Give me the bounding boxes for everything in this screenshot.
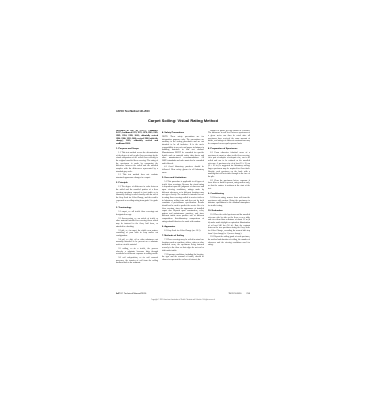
paragraph: 7.1 Floor coverings may be soiled in act… xyxy=(162,239,204,252)
footer-page-number: 214 xyxy=(246,293,250,296)
safety-note: NOTE: These safety precautions are for i… xyxy=(162,136,204,165)
footer-manual-label: AATCC Technical Manual/2010 xyxy=(116,293,146,296)
paragraph: 1.1 This test method covers the determin… xyxy=(116,152,158,173)
paragraph: 5.1 This procedure is applicable to all … xyxy=(162,181,204,224)
section-heading: 4. Safety Precautions xyxy=(162,132,204,135)
document-page: AATCC Test Method 121-2010 Carpet Soilin… xyxy=(116,110,250,308)
footer-method-label: TM 121-2010 xyxy=(228,293,241,296)
definition-item: 3.6 soil redeposition, n.—in soil remova… xyxy=(116,257,158,265)
definition-item: 3.4 soil, n.—dirt, oil or other substanc… xyxy=(116,239,158,247)
section-heading: 6. Apparatus xyxy=(162,226,204,229)
section-heading: 5. Uses and Limitations xyxy=(162,177,204,180)
paragraph: 1.2 This test method does not evaluate s… xyxy=(116,174,158,179)
section-heading: 2. Principle xyxy=(116,182,158,185)
paragraph: 10.1 Place the soiled specimen and the u… xyxy=(208,214,250,235)
copyright-line: Copyright © 2010 American Association of… xyxy=(116,299,250,301)
text-column-1: Developed in 1967 by AATCC Committee RA5… xyxy=(116,130,158,282)
section-heading: 9. Conditioning xyxy=(208,193,250,196)
section-heading: 1. Purpose and Scope xyxy=(116,148,158,151)
paragraph: 7.2 Exposure conditions, including the l… xyxy=(162,254,204,262)
definition-item: 3.3 pile, n.—in carpet, the visible wear… xyxy=(116,230,158,238)
section-heading: 7. Methods of Soiling xyxy=(162,235,204,238)
section-heading: 8. Preparation of Specimens xyxy=(208,148,250,151)
paragraph: 8.1 From otherwise identical areas of a … xyxy=(208,152,250,179)
section-heading: 10. Evaluation xyxy=(208,210,250,213)
paragraph: number of passes per day should be recor… xyxy=(208,130,250,146)
definition-item: 6.1 Gray Scale for Color Change (see 10.… xyxy=(162,230,204,233)
text-column-2: 4. Safety PrecautionsNOTE: These safety … xyxy=(162,130,204,282)
paragraph: 10.2 Report the soiling grade of each sp… xyxy=(208,236,250,247)
page-footer: AATCC Technical Manual/2010 TM 121-2010 … xyxy=(116,293,250,296)
definition-item: 3.2 floorcovering, n.—an article of text… xyxy=(116,218,158,229)
definition-item: 3.1 carpet, n.—all textile floor coverin… xyxy=(116,211,158,216)
foreword-note: Developed in 1967 by AATCC Committee RA5… xyxy=(116,130,158,146)
running-header: AATCC Test Method 121-2010 xyxy=(116,110,250,113)
paragraph: 9.1 Prior to rating, remove loose soil f… xyxy=(208,197,250,208)
document-canvas: AATCC Test Method 121-2010 Carpet Soilin… xyxy=(0,0,368,420)
paragraph: 4.1 Good laboratory practices should be … xyxy=(162,166,204,174)
paragraph: 2.1 The degree of difference in color be… xyxy=(116,186,158,205)
content-columns: Developed in 1967 by AATCC Committee RA5… xyxy=(116,130,250,282)
paragraph: 8.2 Clean the specimens before exposure … xyxy=(208,180,250,191)
definition-item: 3.5 soiling, n.—in a textile, the proces… xyxy=(116,248,158,256)
section-heading: 3. Terminology xyxy=(116,207,158,210)
page-title: Carpet Soiling: Visual Rating Method xyxy=(116,119,250,124)
text-column-3: number of passes per day should be recor… xyxy=(208,130,250,282)
